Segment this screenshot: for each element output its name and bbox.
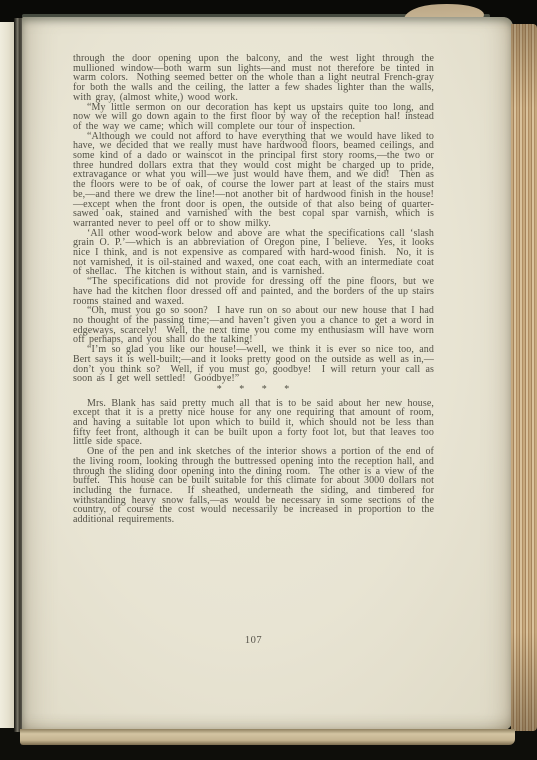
paragraph: “Although we could not afford to have ev… <box>73 132 434 229</box>
page-edges-right <box>511 24 537 731</box>
paragraph: “I’m so glad you like our house!—well, w… <box>73 345 434 384</box>
paragraph: Mrs. Blank has said pretty much all that… <box>73 399 434 448</box>
book-page-scan: through the door opening upon the balcon… <box>0 0 537 760</box>
gutter-shadow <box>14 18 22 732</box>
page-edges-bottom <box>20 729 515 745</box>
facing-page-edge <box>0 22 14 728</box>
paragraph: “The specifications did not provide for … <box>73 277 434 306</box>
paragraph: “Oh, must you go so soon? I have run on … <box>73 306 434 345</box>
section-separator: * * * * <box>73 385 434 395</box>
paragraph: One of the pen and ink sketches of the i… <box>73 447 434 525</box>
page-text-block: through the door opening upon the balcon… <box>73 54 434 525</box>
paragraph: through the door opening upon the balcon… <box>73 54 434 103</box>
paragraph: “My little sermon on our decoration has … <box>73 103 434 132</box>
paragraph: ‘All other wood-work below and above are… <box>73 229 434 278</box>
page-number: 107 <box>73 635 434 646</box>
